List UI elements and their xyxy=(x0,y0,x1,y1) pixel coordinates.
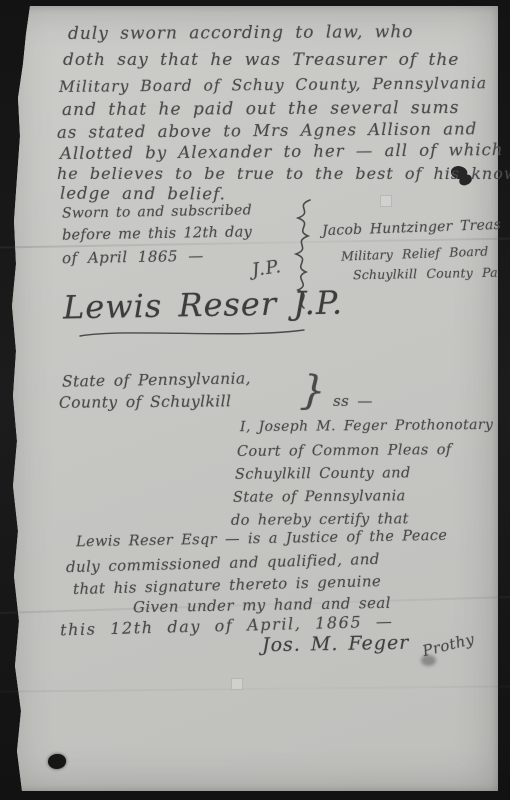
certification-line: State of Pennsylvania xyxy=(233,488,406,506)
venue-brace: } xyxy=(299,367,327,414)
attestation-line: Schuylkill County Pa xyxy=(353,265,498,283)
certification-line: do hereby certify that xyxy=(231,511,409,529)
jurat-line: before me this 12th day xyxy=(62,224,252,243)
certification-line: Schuylkill County and xyxy=(235,465,411,483)
jurat-line: of April 1865 — xyxy=(62,247,204,267)
handwritten-content: duly sworn according to law, who doth sa… xyxy=(0,0,510,800)
venue-line: State of Pennsylvania, xyxy=(62,369,251,390)
handwritten-line: he believes to be true to the best of hi… xyxy=(57,164,510,183)
handwritten-line: Allotted by Alexander to her — all of wh… xyxy=(60,140,504,163)
handwritten-line: ledge and belief. xyxy=(60,184,226,204)
feger-signature: Jos. M. Feger xyxy=(262,632,410,657)
lewis-reser-signature: Lewis Reser J.P. xyxy=(63,284,344,327)
certification-line: Lewis Reser Esqr — is a Justice of the P… xyxy=(76,528,448,550)
jurat-line: Sworn to and subscribed xyxy=(62,202,252,221)
handwritten-line: doth say that he was Treasurer of the xyxy=(63,50,459,70)
handwritten-line: duly sworn according to law, who xyxy=(68,22,414,44)
handwritten-line: and that he paid out the several sums xyxy=(62,98,460,120)
attestation-line: Jacob Huntzinger Treas xyxy=(322,217,501,239)
venue-ss-label: ss — xyxy=(333,392,373,410)
handwritten-line: as stated above to Mrs Agnes Allison and xyxy=(57,119,477,142)
jurat-initials: J.P. xyxy=(251,256,283,281)
attestation-line: Military Relief Board xyxy=(341,243,489,263)
certification-line: I, Joseph M. Feger Prothonotary xyxy=(240,417,493,435)
certification-line: duly commissioned and qualified, and xyxy=(66,550,380,576)
signature-underline-flourish xyxy=(78,326,306,340)
prothonotary-title: Prothy xyxy=(421,630,477,660)
certification-line: Court of Common Pleas of xyxy=(237,442,452,460)
scan-background: { "page": { "paper_color": "#c6c6c3", "b… xyxy=(0,0,510,800)
handwritten-line: Military Board of Schuy County, Pennsylv… xyxy=(59,74,487,96)
venue-line: County of Schuylkill xyxy=(59,392,231,412)
